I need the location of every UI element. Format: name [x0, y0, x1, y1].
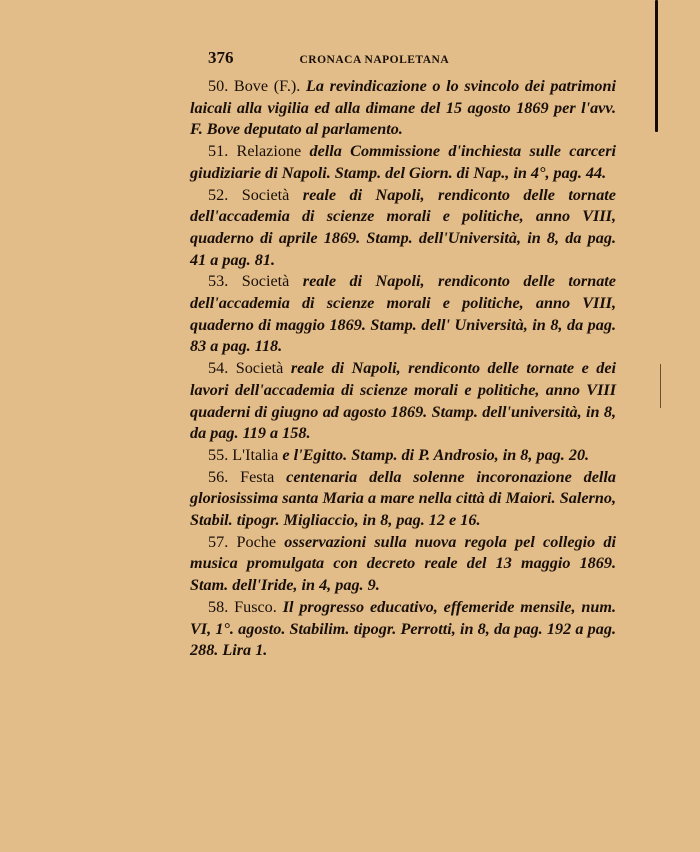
entry-number: 52. [208, 186, 228, 204]
entry-number: 55. [208, 446, 228, 464]
entry-number: 54. [208, 359, 228, 377]
entry-author: Relazione [237, 142, 302, 160]
bibliography-entry: 54. Società reale di Napoli, rendiconto … [190, 358, 616, 445]
bibliography-entry: 55. L'Italia e l'Egitto. Stamp. di P. An… [190, 445, 616, 467]
page-edge-mark [655, 0, 658, 132]
entry-number: 51. [208, 142, 228, 160]
entry-author: Società [236, 359, 284, 377]
entry-author: Società [242, 272, 290, 290]
bibliography-entry: 51. Relazione della Commissione d'inchie… [190, 141, 616, 184]
entry-author: Bove (F.). [234, 77, 300, 95]
page-number: 376 [208, 48, 234, 68]
entry-title: e l'Egitto. Stamp. di P. Androsio, in 8,… [282, 446, 589, 464]
bibliography-entry: 50. Bove (F.). La revindicazione o lo sv… [190, 76, 616, 141]
entry-author: L'Italia [232, 446, 278, 464]
entry-number: 58. [208, 598, 228, 616]
bibliography-entry: 58. Fusco. Il progresso educativo, effem… [190, 597, 616, 662]
bibliography-list: 50. Bove (F.). La revindicazione o lo sv… [190, 76, 616, 662]
book-page: 376 CRONACA NAPOLETANA 50. Bove (F.). La… [190, 48, 616, 662]
bibliography-entry: 57. Poche osservazioni sulla nuova regol… [190, 532, 616, 597]
entry-number: 50. [208, 77, 228, 95]
page-edge-mark-faint [660, 364, 661, 408]
entry-number: 53. [208, 272, 228, 290]
running-title: CRONACA NAPOLETANA [300, 54, 450, 66]
entry-author: Fusco. [234, 598, 277, 616]
bibliography-entry: 53. Società reale di Napoli, rendiconto … [190, 271, 616, 358]
entry-number: 57. [208, 533, 228, 551]
bibliography-entry: 52. Società reale di Napoli, rendiconto … [190, 185, 616, 272]
entry-author: Festa [240, 468, 274, 486]
entry-number: 56. [208, 468, 228, 486]
entry-author: Poche [236, 533, 276, 551]
bibliography-entry: 56. Festa centenaria della solenne incor… [190, 467, 616, 532]
entry-author: Società [242, 186, 290, 204]
page-header: 376 CRONACA NAPOLETANA [190, 48, 616, 72]
